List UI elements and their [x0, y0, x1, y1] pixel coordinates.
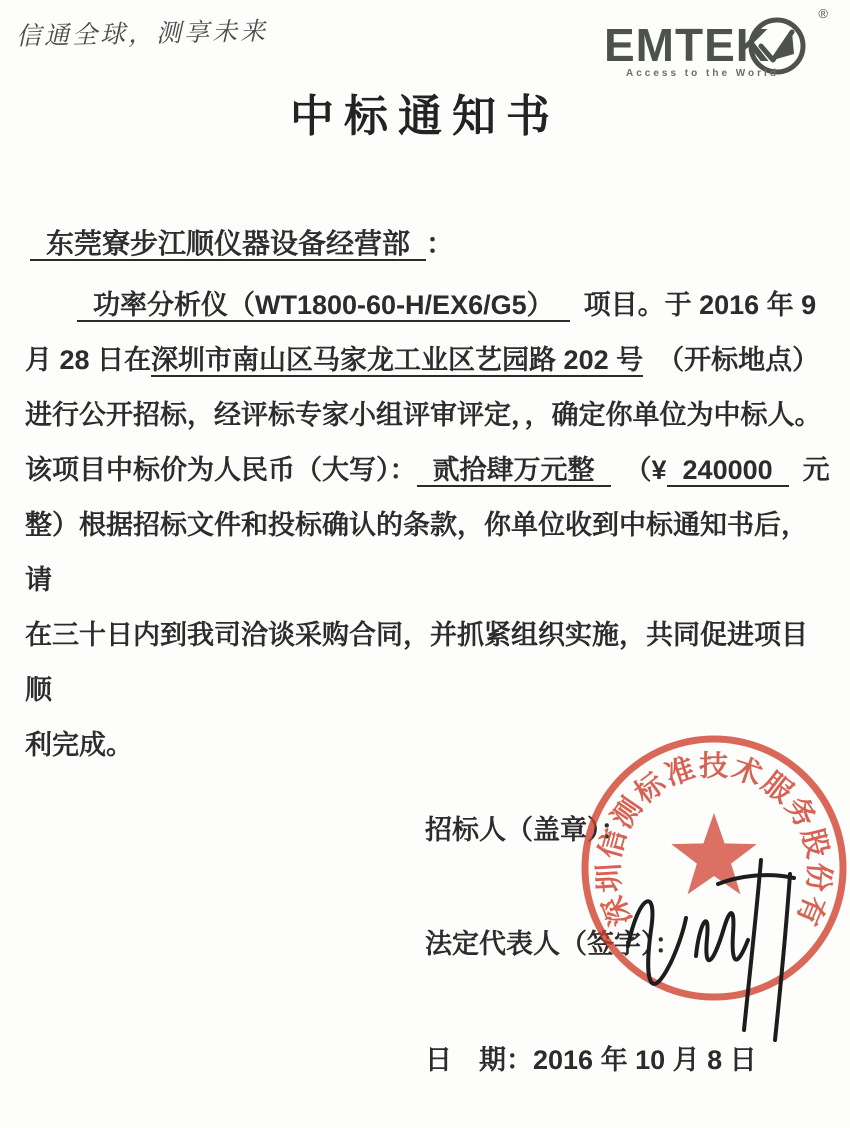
handwritten-signature	[598, 848, 828, 1048]
document-page: 信通全球，测享未来 EMTEK ® Access to the World 中标…	[0, 0, 850, 1128]
body-line-6: 在三十日内到我司洽谈采购合同，并抓紧组织实施，共同促进项目顺	[25, 608, 830, 718]
recipient-name: 东莞寮步江顺仪器设备经营部	[30, 228, 426, 261]
logo-tagline: Access to the World	[626, 68, 779, 79]
recipient-line: 东莞寮步江顺仪器设备经营部：	[30, 222, 454, 262]
date-value: 2016 年 10 月 8 日	[533, 1045, 757, 1075]
body-line-2: 月 28 日在深圳市南山区马家龙工业区艺园路 202 号（开标地点）	[25, 333, 830, 388]
logo-check-circle-icon	[746, 12, 810, 76]
page-title: 中标通知书	[0, 80, 850, 144]
body-line-2-lead: 月 28 日在	[25, 345, 151, 375]
bid-opening-location-note: （开标地点）	[657, 345, 819, 375]
body-line-4: 该项目中标价为人民币（大写）：贰拾肆万元整（¥240000元	[25, 443, 830, 498]
currency-unit: 元	[803, 455, 830, 485]
body-text: 功率分析仪（WT1800-60-H/EX6/G5）项目。于 2016 年 9 月…	[25, 278, 830, 773]
price-in-words: 贰拾肆万元整	[417, 455, 611, 487]
currency-open-paren: （¥	[625, 455, 667, 485]
bid-opening-address: 深圳市南山区马家龙工业区艺园路 202 号	[151, 345, 643, 377]
body-line-1-rest: 项目。于 2016 年 9	[584, 290, 817, 320]
body-line-5: 整）根据招标文件和投标确认的条款，你单位收到中标通知书后，请	[25, 498, 830, 608]
price-label: 该项目中标价为人民币（大写）：	[25, 455, 417, 485]
date-label: 日 期：	[425, 1045, 533, 1075]
handwritten-slogan: 信通全球，测享未来	[16, 11, 269, 52]
price-in-figures: 240000	[667, 455, 789, 487]
body-line-1: 功率分析仪（WT1800-60-H/EX6/G5）项目。于 2016 年 9	[25, 278, 830, 333]
body-line-3: 进行公开招标，经评标专家小组评审评定，，确定你单位为中标人。	[25, 388, 830, 443]
emtek-logo: EMTEK ® Access to the World	[596, 6, 836, 86]
registered-trademark-icon: ®	[818, 6, 828, 21]
recipient-colon: ：	[426, 228, 454, 259]
project-name: 功率分析仪（WT1800-60-H/EX6/G5）	[77, 290, 570, 322]
